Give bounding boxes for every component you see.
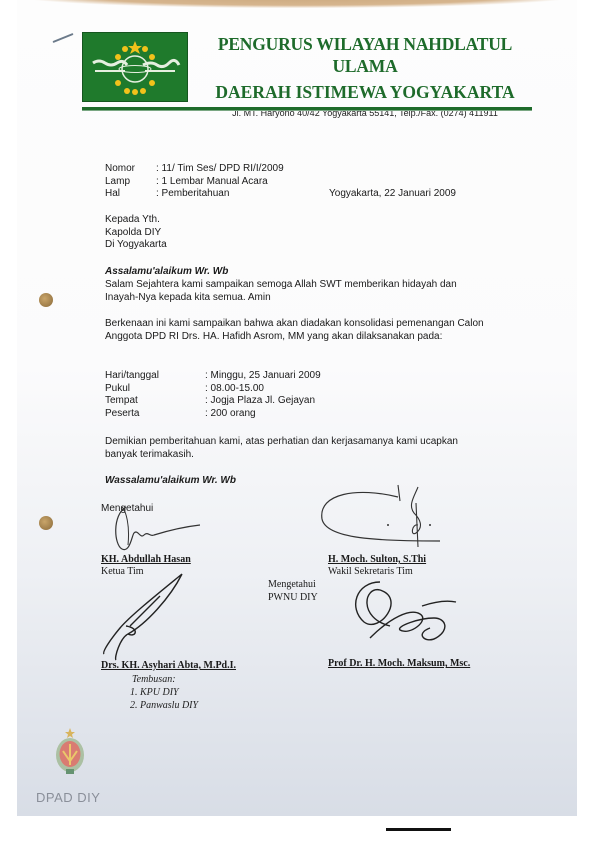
letterhead-divider [82, 107, 532, 111]
punch-hole [39, 293, 53, 307]
event-label: Tempat [105, 395, 205, 408]
cc-label: Tembusan: [132, 673, 198, 686]
signatory-name: H. Moch. Sulton, S.Thi [328, 554, 426, 565]
paragraph-salutation: Salam Sejahtera kami sampaikan semoga Al… [105, 279, 490, 304]
event-label: Hari/tanggal [105, 370, 205, 383]
event-row: Tempat : Jogja Plaza Jl. Gejayan [105, 395, 321, 408]
bottom-bar [386, 828, 451, 831]
event-label: Peserta [105, 408, 205, 421]
signatory-role: Wakil Sekretaris Tim [328, 566, 413, 577]
event-value: : 200 orang [205, 408, 256, 421]
event-row: Pukul : 08.00-15.00 [105, 383, 321, 396]
closing-greeting: Wassalamu'alaikum Wr. Wb [105, 475, 236, 488]
meta-label: Hal [105, 188, 156, 201]
recipient-block: Kepada Yth. Kapolda DIY Di Yogyakarta [105, 214, 167, 252]
event-value: : 08.00-15.00 [205, 383, 264, 396]
event-details: Hari/tanggal : Minggu, 25 Januari 2009 P… [105, 370, 321, 420]
signature-abdullah-hasan [112, 505, 202, 555]
paragraph-announcement: Berkenaan ini kami sampaikan bahwa akan … [105, 318, 490, 343]
event-value: : Jogja Plaza Jl. Gejayan [205, 395, 315, 408]
meta-label: Nomor [105, 163, 156, 176]
letter-meta: Nomor : 11/ Tim Ses/ DPD RI/I/2009 Lamp … [105, 163, 284, 201]
meta-value: : Pemberitahuan [156, 188, 229, 201]
letterhead: PENGURUS WILAYAH NAHDLATUL ULAMA DAERAH … [190, 33, 540, 118]
signature-moch-maksum [350, 578, 460, 648]
meta-row-lamp: Lamp : 1 Lembar Manual Acara [105, 176, 284, 189]
event-row: Hari/tanggal : Minggu, 25 Januari 2009 [105, 370, 321, 383]
signatory-name: Drs. KH. Asyhari Abta, M.Pd.I. [101, 660, 236, 671]
cc-item: 1. KPU DIY [130, 686, 198, 699]
org-name-line1: PENGURUS WILAYAH NAHDLATUL ULAMA [190, 33, 540, 77]
page-top-edge [17, 0, 577, 8]
meta-label: Lamp [105, 176, 156, 189]
meta-row-nomor: Nomor : 11/ Tim Ses/ DPD RI/I/2009 [105, 163, 284, 176]
punch-hole [39, 516, 53, 530]
event-label: Pukul [105, 383, 205, 396]
opening-greeting: Assalamu'alaikum Wr. Wb [105, 266, 228, 279]
event-value: : Minggu, 25 Januari 2009 [205, 370, 321, 383]
cc-item: 2. Panwaslu DIY [130, 699, 198, 712]
recipient-line: Kepada Yth. [105, 214, 167, 227]
signature-moch-sulton [318, 483, 448, 553]
org-name-line2: DAERAH ISTIMEWA YOGYAKARTA [190, 81, 540, 103]
acknowledged-pwnu-org: PWNU DIY [268, 592, 318, 603]
nu-logo-icon [82, 32, 188, 102]
meta-value: : 1 Lembar Manual Acara [156, 176, 268, 189]
signatory-name: KH. Abdullah Hasan [101, 554, 191, 565]
watermark-label: DPAD DIY [36, 790, 100, 805]
place-date: Yogyakarta, 22 Januari 2009 [329, 188, 456, 201]
recipient-line: Kapolda DIY [105, 227, 167, 240]
recipient-line: Di Yogyakarta [105, 239, 167, 252]
acknowledged-pwnu-label: Mengetahui [268, 579, 316, 590]
closing-paragraph: Demikian pemberitahuan kami, atas perhat… [105, 436, 490, 461]
signatory-name: Prof Dr. H. Moch. Maksum, Msc. [328, 658, 470, 669]
meta-row-hal: Hal : Pemberitahuan [105, 188, 284, 201]
event-row: Peserta : 200 orang [105, 408, 321, 421]
signature-asyhari-abta [100, 572, 200, 662]
meta-value: : 11/ Tim Ses/ DPD RI/I/2009 [156, 163, 284, 176]
cc-block: Tembusan: 1. KPU DIY 2. Panwaslu DIY [132, 673, 198, 712]
yogyakarta-coat-of-arms-icon [50, 727, 90, 777]
